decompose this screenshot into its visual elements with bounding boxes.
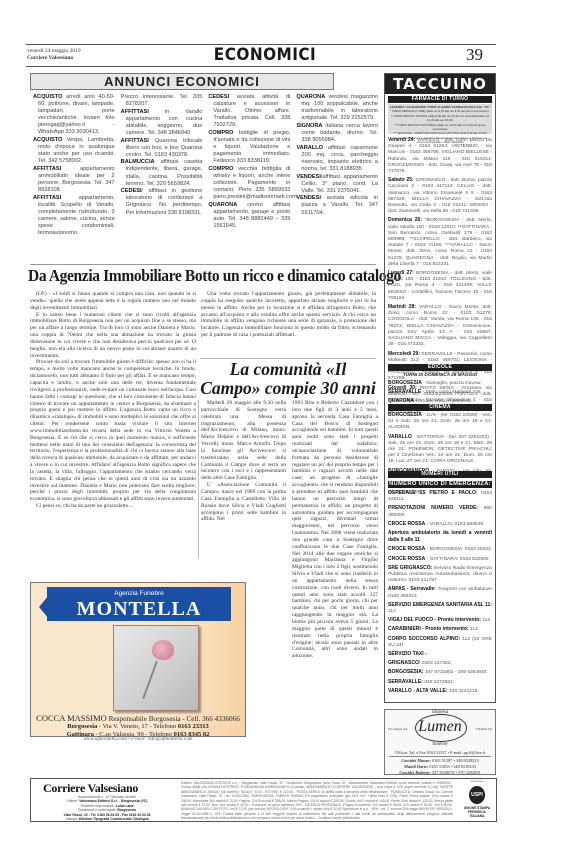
montella-contact: COCCA MASSIMO Responsabile Borgosesia - …	[31, 713, 245, 723]
useful-number: CARABINIERI - Pronto intervento: 112	[388, 626, 492, 633]
useful-number: CROCE ROSSA - BORGOSESIA: 0163 25333	[388, 546, 492, 553]
uspi-badge: USPI UNIONE STAMPA PERIODICA ITALIANA	[461, 786, 493, 818]
useful-number-label: CROCE ROSSA	[388, 556, 425, 562]
numeri-utili-heading: NUMERI UTILI	[388, 471, 492, 478]
paragraph: Una volta trovato l'appartamento giusto,…	[201, 291, 376, 339]
useful-number-value: 112	[469, 627, 478, 632]
montella-advertisement: Agenzia Funebre MONTELLA COCCA MASSIMO R…	[30, 582, 246, 737]
useful-number-value: 348 4141215.	[448, 689, 479, 694]
classified-ad: AFFITTASI appartamento ammobiliato ideal…	[33, 166, 115, 194]
edicole-heading: EDICOLE	[388, 364, 492, 371]
montella-name: MONTELLA	[47, 598, 231, 621]
classified-ad: BALMUCCIA affittasi casetta indipendente…	[121, 159, 203, 187]
useful-number: CROCE ROSSA - VARALLO: 0163 564549	[388, 521, 492, 528]
classified-ad: VARALLO affittasi capannone 200 mq. circ…	[296, 145, 378, 173]
pharmacy-day-value: VARALLO - Sacro Monte, dott. Zeno, corso…	[388, 305, 492, 347]
annunci-columns: ACQUISTO arredi anni 40-50-60, poltrone,…	[33, 94, 378, 238]
pharmacy-day-value: GRIGNASCO - dott. Borsa, piazza Cacciami…	[388, 178, 492, 214]
section-title: ECONOMICI	[207, 45, 324, 65]
classified-ad: AFFITTASI in Varallo appartamento con cu…	[121, 109, 203, 137]
useful-number-label: ANPAS - Serravalle:	[388, 586, 436, 592]
useful-number-value: 112	[388, 609, 396, 614]
printer: Stampa: Edizioni Tipografia Commerciale …	[37, 817, 177, 821]
newsstand-value: - Gianoglio, piazza Cavour.	[422, 381, 482, 386]
cinema-heading: CINEMA	[388, 404, 492, 411]
footer-logo: Corriere Valsesiano	[43, 781, 138, 796]
classified-ad: VENDESI avviata edicola in piazza a Vara…	[296, 195, 378, 216]
useful-number-label: BORGOSESIA:	[388, 669, 424, 675]
useful-number-label: SERRAVALLE:	[388, 679, 423, 685]
ad-keyword: VARALLO	[296, 145, 323, 151]
article-campo-col2: 1993 Rita e Roberto Cazzadore con i loro…	[292, 400, 378, 660]
useful-number-label: GRIGNASCO:	[388, 660, 421, 666]
pharmacy-day-value: VARALLO - dott. Gino, piazza De Gasperi …	[388, 138, 492, 174]
classified-ad: ACQUISTO Vespa, Lambretta, moto d'epoca …	[33, 137, 115, 165]
ad-keyword: BALMUCCIA	[121, 159, 155, 165]
useful-number: ANPAS - Serravalle: Trasporti con ambula…	[388, 586, 492, 599]
useful-number-label: VIGILI DEL FUOCO - Pronto intervento:	[388, 617, 481, 623]
issue-date: venerdì 24 maggio 2019	[27, 48, 81, 55]
montella-office-borgosesia: Borgosesia - Via V. Veneto, 17 - Telefon…	[31, 723, 245, 730]
ad-keyword: CEDESI	[208, 94, 229, 100]
useful-number-label: OSPEDALE SS PIETRO E PAOLO:	[388, 490, 478, 496]
lumen-divider	[389, 756, 491, 757]
ad-keyword: COMPRO	[208, 130, 233, 136]
rose-photo	[113, 625, 199, 711]
emergency-number-bar: NUMERO UNICO DI EMERGENZA: 112	[388, 481, 492, 488]
newsstand: BORGOSESIA - Gianoglio, piazza Cavour.	[388, 380, 492, 387]
paragraph: 1993 Rita e Roberto Cazzadore con i loro…	[292, 400, 378, 660]
ad-keyword: VENDESI	[296, 174, 321, 180]
paragraph: (I.P.) - «I soldi si fanno quando si com…	[30, 291, 196, 312]
uspi-label: UNIONE STAMPA PERIODICA ITALIANA	[461, 806, 493, 818]
header-date-block: venerdì 24 maggio 2019 Corriere Valsesia…	[27, 48, 81, 62]
useful-number-value: 340 2272631;	[423, 680, 454, 685]
newsstand: SERRAVALLE - Stefy, corso Matteotti 226.	[388, 389, 492, 396]
useful-number: VIGILI DEL FUOCO - Pronto intervento: 11…	[388, 617, 492, 624]
paragraph: E lo sanno bene i numerosi clienti che s…	[30, 312, 196, 360]
useful-number: GRIGNASCO: 0163 417382;	[388, 660, 492, 667]
ad-keyword: AFFITTASI	[121, 138, 149, 144]
useful-number: SERRAVALLE: 340 2272631;	[388, 679, 492, 686]
montella-web[interactable]: www.afmontella.com • e-mail: info@afmont…	[30, 736, 246, 742]
montella-subtitle: Agenzia Funebre	[47, 590, 231, 597]
article-botto-col1: (I.P.) - «I soldi si fanno quando si com…	[30, 291, 196, 510]
useful-number-label: PRENOTAZIONI NUMERO VERDE:	[388, 505, 478, 511]
useful-number: Apertura ambulatorio da lunedì a venerdì…	[388, 530, 492, 544]
classified-ad: AFFITTASI Quarona trilocale libero con b…	[121, 138, 203, 159]
pharmacy-day: Domenica 26: *BORGOSESIA - dott. Merlo, …	[388, 217, 492, 268]
lumen-city: VARALLO	[476, 727, 492, 731]
ad-keyword: AFFITTASI	[121, 109, 149, 115]
classified-ad: VENDESI/affittasi appartamento Cellio, 3…	[296, 174, 378, 195]
lumen-address: Via Gippa 4/1	[388, 727, 408, 731]
useful-number: SERVIZIO EMERGENZA SANITARIA ASL 11: 112	[388, 602, 492, 615]
lumen-office: Ufficio: Tel. e Fax 0163 51357 • E-mail:…	[385, 750, 495, 755]
pharmacy-day-label: Lunedì 27:	[388, 270, 414, 276]
rose-stem	[142, 661, 158, 699]
farmacie-heading: FARMACIE DI TURNO	[388, 96, 492, 103]
classified-ad: SIGNORA italiana cerca lavoro come badan…	[296, 123, 378, 144]
useful-number: BORGOSESIA: 347 6732902 - 349 5254640;	[388, 669, 492, 676]
ad-keyword: QUARONA	[296, 94, 325, 100]
rose-icon	[152, 640, 174, 660]
colophon: Corriere Valsesiano Autorizzazione n. 14…	[30, 778, 497, 822]
ad-keyword: ACQUISTO	[33, 137, 62, 143]
pharmacy-day: Sabato 25: GRIGNASCO - dott. Borsa, piaz…	[388, 177, 492, 215]
page-number: 39	[466, 45, 483, 65]
lumen-contact: Maioli Daris: 0163 51063 • 348 6518233	[385, 764, 495, 769]
classified-ad: COMPRO vecchia bottiglia di whisky e liq…	[208, 166, 290, 201]
article-botto-col2: Una volta trovato l'appartamento giusto,…	[201, 291, 376, 339]
classified-ad: QUARONA vendesi magazzino mq. 100 soppal…	[296, 94, 378, 122]
classified-ad: Prezzo interessante. Tel. 335 8278207.	[121, 94, 203, 108]
classified-ad: ACQUISTO arredi anni 40-50-60, poltrone,…	[33, 94, 115, 137]
associated-label: Associato	[461, 779, 493, 783]
newsstand-value: - Stefy, corso Matteotti 226.	[421, 390, 482, 395]
newsstand-label: SERRAVALLE	[388, 389, 421, 395]
legend-line: * TURNO FESTIVO DIURNO (dalle 8,30 alle …	[388, 114, 492, 123]
numeri-list: OSPEDALE SS PIETRO E PAOLO: 0163 426111.…	[388, 490, 492, 697]
pharmacy-day-value: *BORGOSESIA - dott. Merlo, viale Varallo…	[388, 218, 492, 266]
classified-ad: CEDESI/ affittasi in gestione laboratori…	[121, 188, 203, 216]
useful-number-label: CARABINIERI - Pronto intervento:	[388, 626, 469, 632]
ad-keyword: SIGNORA	[296, 123, 322, 129]
article-campo-col1: Martedì 28 maggio alle 9,30 nella parroc…	[201, 400, 286, 523]
pharmacy-day: Lunedì 27: BORGOSESIA - dott. Merlo, via…	[388, 270, 492, 302]
cinema-listing: VARALLO - SOTTORIVA - (tel. 347 3252203)…	[388, 434, 492, 466]
useful-number: CORPO SOCCORSO ALPINO: 112 (24 ORE SU 24…	[388, 636, 492, 649]
header-rule-bottom	[26, 66, 496, 67]
ad-keyword: VENDESI	[296, 195, 321, 201]
cinema-listing-label: BORGOSESIA	[388, 412, 422, 418]
useful-number-label: Apertura ambulatorio da lunedì a venerdì…	[388, 530, 492, 543]
useful-number: OSPEDALE SS PIETRO E PAOLO: 0163 426111.	[388, 490, 492, 503]
useful-number-value: 347 6732902 - 349 5254640;	[424, 670, 488, 675]
useful-number-label: SERVIZIO TAXI -	[388, 651, 427, 657]
useful-number: CROCE ROSSA - GATTINARA: 0163 832600	[388, 556, 492, 563]
classified-ad: COMPRO bottiglie di pregio, d'annata e d…	[208, 130, 290, 165]
ad-keyword: AFFITTASI	[33, 166, 61, 172]
useful-number-label: VARALLO - ALTA VALLE:	[388, 688, 448, 694]
newspaper-name: Corriere Valsesiano	[27, 55, 81, 62]
annunci-column: Prezzo interessante. Tel. 335 8278207.AF…	[121, 94, 203, 238]
useful-number-value: - VARALLO: 0163 564549	[425, 522, 483, 527]
newsstand-label: BORGOSESIA	[388, 380, 422, 386]
lumen-contact: Cassidei Roberto: 327 3938078 • 370 3292…	[385, 770, 495, 775]
useful-number-label: CROCE ROSSA	[388, 546, 425, 552]
useful-number: SERVIZIO TAXI -	[388, 651, 492, 658]
footer-publisher-info: Autorizzazione n. 14 Tribunale Vercelli …	[37, 795, 177, 821]
farmacie-legend: LEGENDA: CALENDARIO TURNI GUARDIA FARMAC…	[388, 104, 492, 134]
useful-number-label: CROCE ROSSA	[388, 521, 425, 527]
paragraph: Provare da soli a trovare l'immobile giu…	[30, 359, 196, 503]
useful-number-value: 112	[481, 618, 490, 623]
pharmacy-day-label: Domenica 26:	[388, 217, 422, 223]
annunci-heading: ANNUNCI ECONOMICI	[30, 73, 334, 90]
paragraph: Ci pensi su, chi ha da parte un gruzzole…	[30, 503, 196, 510]
useful-number-value: - BORGOSESIA: 0163 25333	[425, 547, 491, 552]
cinema-listing: BORGOSESIA - LUX - (tel. 0163 22608) - V…	[388, 412, 492, 432]
useful-number-label: CORPO SOCCORSO ALPINO:	[388, 636, 460, 642]
pharmacy-day-label: Sabato 25:	[388, 177, 414, 183]
footer-legal-text: Editore: VALSESIANO EDITRICE s.r.l. - Bo…	[181, 781, 453, 821]
ad-keyword: CEDESI	[121, 188, 142, 194]
useful-number: PRENOTAZIONI NUMERO VERDE: 800 396300	[388, 505, 492, 518]
useful-number: VARALLO - ALTA VALLE: 348 4141215.	[388, 688, 492, 695]
lumen-bottom-label: funebre	[385, 742, 495, 747]
section-divider	[30, 264, 376, 265]
lumen-contact: Cassidei Mauro: 0163 51287 • 348 6528233	[385, 758, 495, 763]
annunci-column: QUARONA vendesi magazzino mq. 100 soppal…	[296, 94, 378, 238]
useful-number-label: SRE GRIGNASCO:	[388, 565, 432, 571]
classified-ad: AFFITTASI appartamento, località Scopell…	[33, 195, 115, 238]
ad-keyword: ACQUISTO	[33, 94, 62, 100]
paragraph: Martedì 28 maggio alle 9,30 nella parroc…	[201, 400, 286, 482]
legend-line: ** TURNO FESTIVO NOTTURNO (dalle ore 19,…	[388, 123, 492, 132]
ad-keyword: COMPRO	[208, 166, 233, 172]
annunci-column: ACQUISTO arredi anni 40-50-60, poltrone,…	[33, 94, 115, 238]
pharmacy-day: Venerdì 24: VARALLO - dott. Gino, piazza…	[388, 137, 492, 175]
useful-number: SRE GRIGNASCO: Servizio Radio Emergenza …	[388, 565, 492, 585]
column-rule	[198, 400, 199, 558]
ad-text: arredi anni 40-50-60, poltrone, divani, …	[38, 94, 115, 135]
cinema-listing-label: VARALLO	[388, 434, 412, 440]
pharmacy-day-label: Mercoledì 29:	[388, 351, 420, 357]
ad-keyword: QUARONA	[208, 202, 237, 208]
pharmacy-day: Martedì 28: VARALLO - Sacro Monte, dott.…	[388, 304, 492, 348]
montella-banner: Agenzia Funebre MONTELLA	[47, 587, 231, 621]
taccuino-box: TACCUINO FARMACIE DI TURNO LEGENDA: CALE…	[384, 73, 496, 703]
annunci-column: CEDESI avviata attività di calzature e a…	[208, 94, 290, 238]
useful-number-value: 0163 417382;	[421, 661, 452, 666]
useful-number-value: - GATTINARA: 0163 832600	[425, 557, 488, 562]
article-botto-headline: Da Agenzia Immobiliare Botto un ricco e …	[28, 266, 357, 286]
ad-text: Prezzo interessante. Tel. 335 8278207.	[121, 94, 203, 107]
classified-ad: CEDESI avviata attività di calzature e a…	[208, 94, 290, 129]
article-campo-headline: La comunità «Il Campo» compie 30 anni	[198, 360, 378, 398]
paragraph: L' «Associazione Comunità il Campo» nasc…	[201, 482, 286, 523]
ad-keyword: AFFITTASI	[33, 195, 61, 201]
lumen-advertisement: Impresa Lumen Via Gippa 4/1 VARALLO fune…	[384, 709, 496, 775]
classified-ad: QUARONA centro affittasi appartamento, g…	[208, 202, 290, 230]
uspi-logo-icon: USPI	[469, 786, 485, 804]
ad-text: appartamento, località Scopello di Varal…	[38, 195, 115, 236]
edicole-subtitle: TURNI DI DOMENICA 26 MAGGIO	[388, 372, 492, 378]
taccuino-title: TACCUINO	[385, 74, 495, 94]
pharmacy-day-label: Venerdì 24:	[388, 137, 415, 143]
useful-number-label: SERVIZIO EMERGENZA SANITARIA ASL 11:	[388, 602, 492, 608]
pharmacy-day-label: Martedì 28:	[388, 304, 416, 310]
